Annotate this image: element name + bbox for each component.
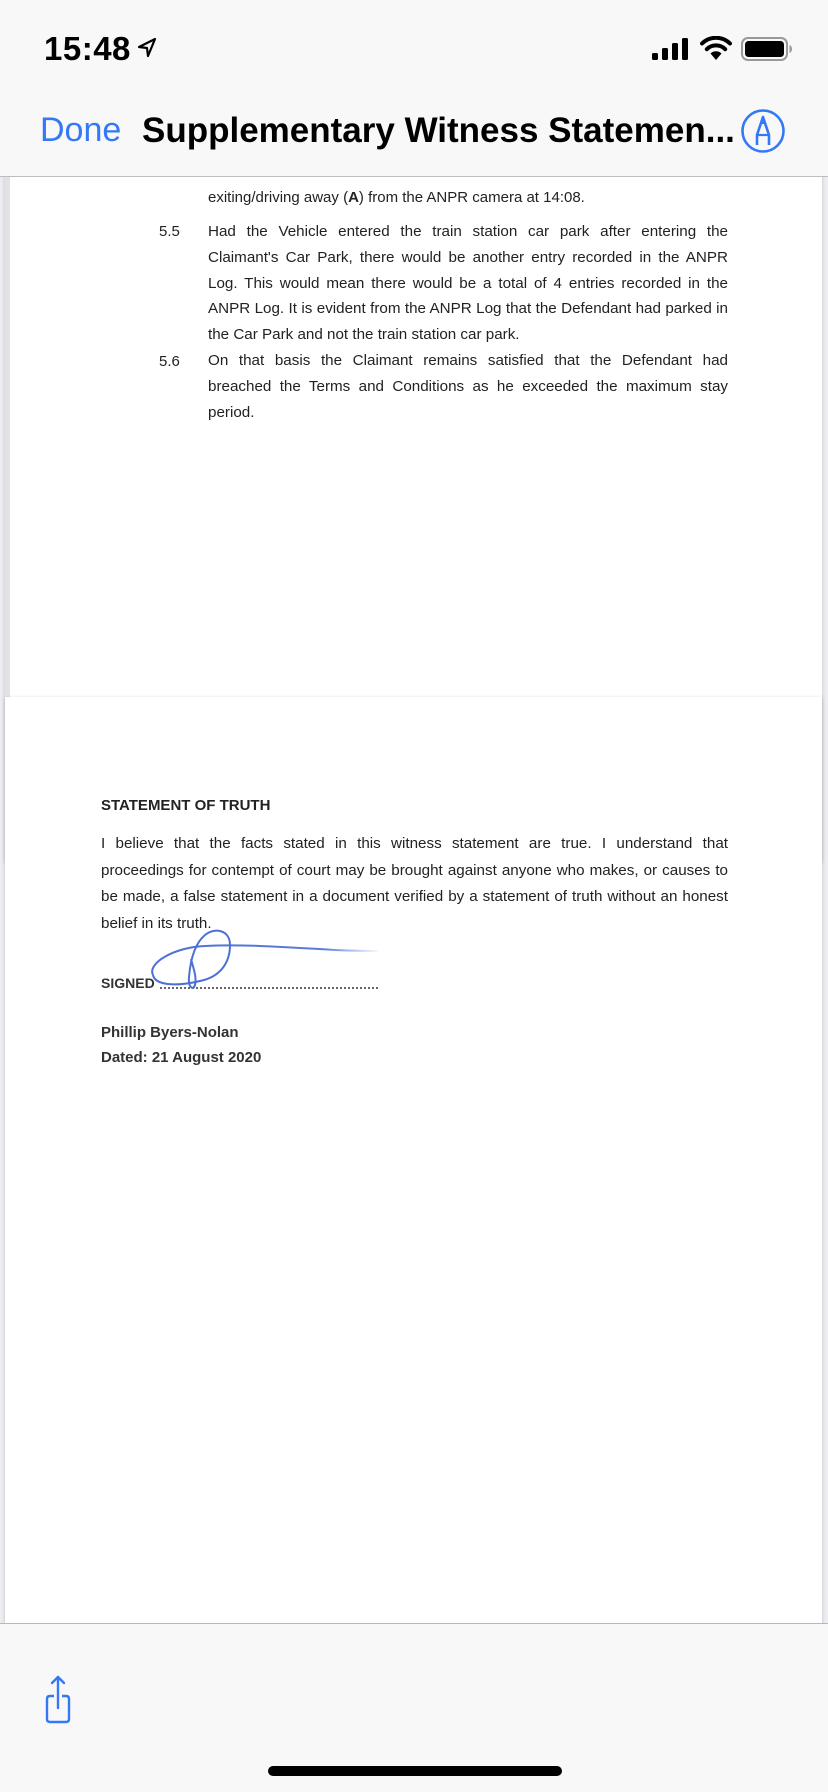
- statement-of-truth-body: I believe that the facts stated in this …: [101, 831, 728, 937]
- paragraph-number: 5.6: [159, 353, 180, 370]
- status-bar: 15:48: [0, 0, 828, 88]
- done-button[interactable]: Done: [40, 111, 121, 150]
- location-arrow-icon: [136, 37, 158, 59]
- home-indicator[interactable]: [268, 1766, 562, 1776]
- paragraph-text: On that basis the Claimant remains satis…: [208, 348, 728, 425]
- carryover-line: exiting/driving away (A) from the ANPR c…: [208, 185, 585, 211]
- paragraph-text: Had the Vehicle entered the train statio…: [208, 219, 728, 348]
- pdf-page-2: STATEMENT OF TRUTH I believe that the fa…: [5, 697, 822, 1623]
- battery-full-icon: [741, 37, 793, 61]
- paragraph-number: 5.5: [159, 223, 180, 240]
- signed-date: Dated: 21 August 2020: [101, 1045, 261, 1070]
- document-title: Supplementary Witness Statemen...: [142, 111, 735, 151]
- statement-of-truth-heading: STATEMENT OF TRUTH: [101, 797, 270, 814]
- cellular-signal-icon: [652, 38, 690, 60]
- status-time: 15:48: [44, 30, 131, 68]
- share-icon[interactable]: [40, 1674, 84, 1730]
- signer-name: Phillip Byers-Nolan: [101, 1020, 239, 1045]
- markup-pen-icon[interactable]: [740, 108, 786, 154]
- wifi-icon: [700, 36, 732, 60]
- navigation-bar: Done Supplementary Witness Statemen...: [0, 88, 828, 177]
- handwritten-signature: [145, 925, 385, 1000]
- pdf-viewer[interactable]: exiting/driving away (A) from the ANPR c…: [0, 177, 828, 1623]
